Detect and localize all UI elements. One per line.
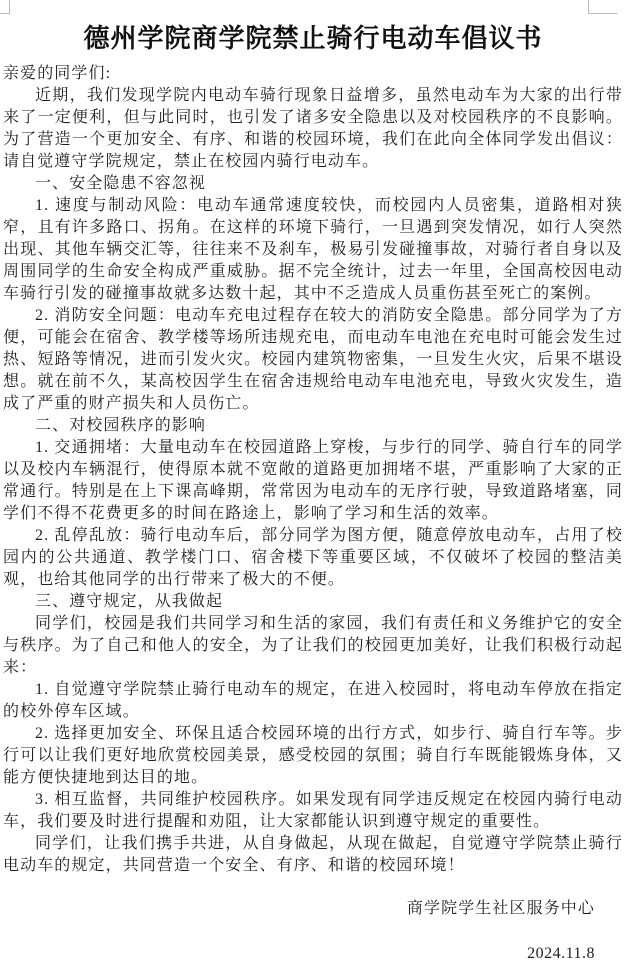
paragraph: 同学们，校园是我们共同学习和生活的家园，我们有责任和义务维护它的安全与秩序。为了… (3, 613, 623, 679)
document-body: 亲爱的同学们: 近期，我们发现学院内电动车骑行现象日益增多，虽然电动车为大家的出… (3, 63, 623, 877)
paragraph: 2. 选择更加安全、环保且适合校园环境的出行方式，如步行、骑自行车等。步行可以让… (3, 723, 623, 789)
date: 2024.11.8 (3, 943, 623, 965)
salutation: 亲爱的同学们: (3, 63, 623, 85)
paragraph: 3. 相互监督，共同维护校园秩序。如果发现有同学违反规定在校园内骑行电动车，我们… (3, 789, 623, 833)
document-page: 德州学院商学院禁止骑行电动车倡议书 亲爱的同学们: 近期，我们发现学院内电动车骑… (0, 0, 628, 975)
section-heading: 三、遵守规定，从我做起 (3, 591, 623, 613)
paragraph: 1. 交通拥堵：大量电动车在校园道路上穿梭，与步行的同学、骑自行车的同学以及校内… (3, 437, 623, 525)
document-content: 德州学院商学院禁止骑行电动车倡议书 亲爱的同学们: 近期，我们发现学院内电动车骑… (0, 0, 628, 965)
paragraph: 近期，我们发现学院内电动车骑行现象日益增多，虽然电动车为大家的出行带来了一定便利… (3, 85, 623, 173)
paragraph: 1. 自觉遵守学院禁止骑行电动车的规定，在进入校园时，将电动车停放在指定的校外停… (3, 679, 623, 723)
paragraph: 2. 乱停乱放：骑行电动车后，部分同学为图方便，随意停放电动车，占用了校园内的公… (3, 525, 623, 591)
paragraph: 同学们，让我们携手共进，从自身做起，从现在做起，自觉遵守学院禁止骑行电动车的规定… (3, 833, 623, 877)
paragraph: 2. 消防安全问题：电动车充电过程存在较大的消防安全隐患。部分同学为了方便，可能… (3, 305, 623, 415)
document-title: 德州学院商学院禁止骑行电动车倡议书 (3, 20, 623, 58)
signature: 商学院学生社区服务中心 (3, 898, 623, 920)
section-heading: 一、安全隐患不容忽视 (3, 173, 623, 195)
section-heading: 二、对校园秩序的影响 (3, 415, 623, 437)
paragraph: 1. 速度与制动风险：电动车通常速度较快，而校园内人员密集，道路相对狭窄，且有许… (3, 195, 623, 305)
